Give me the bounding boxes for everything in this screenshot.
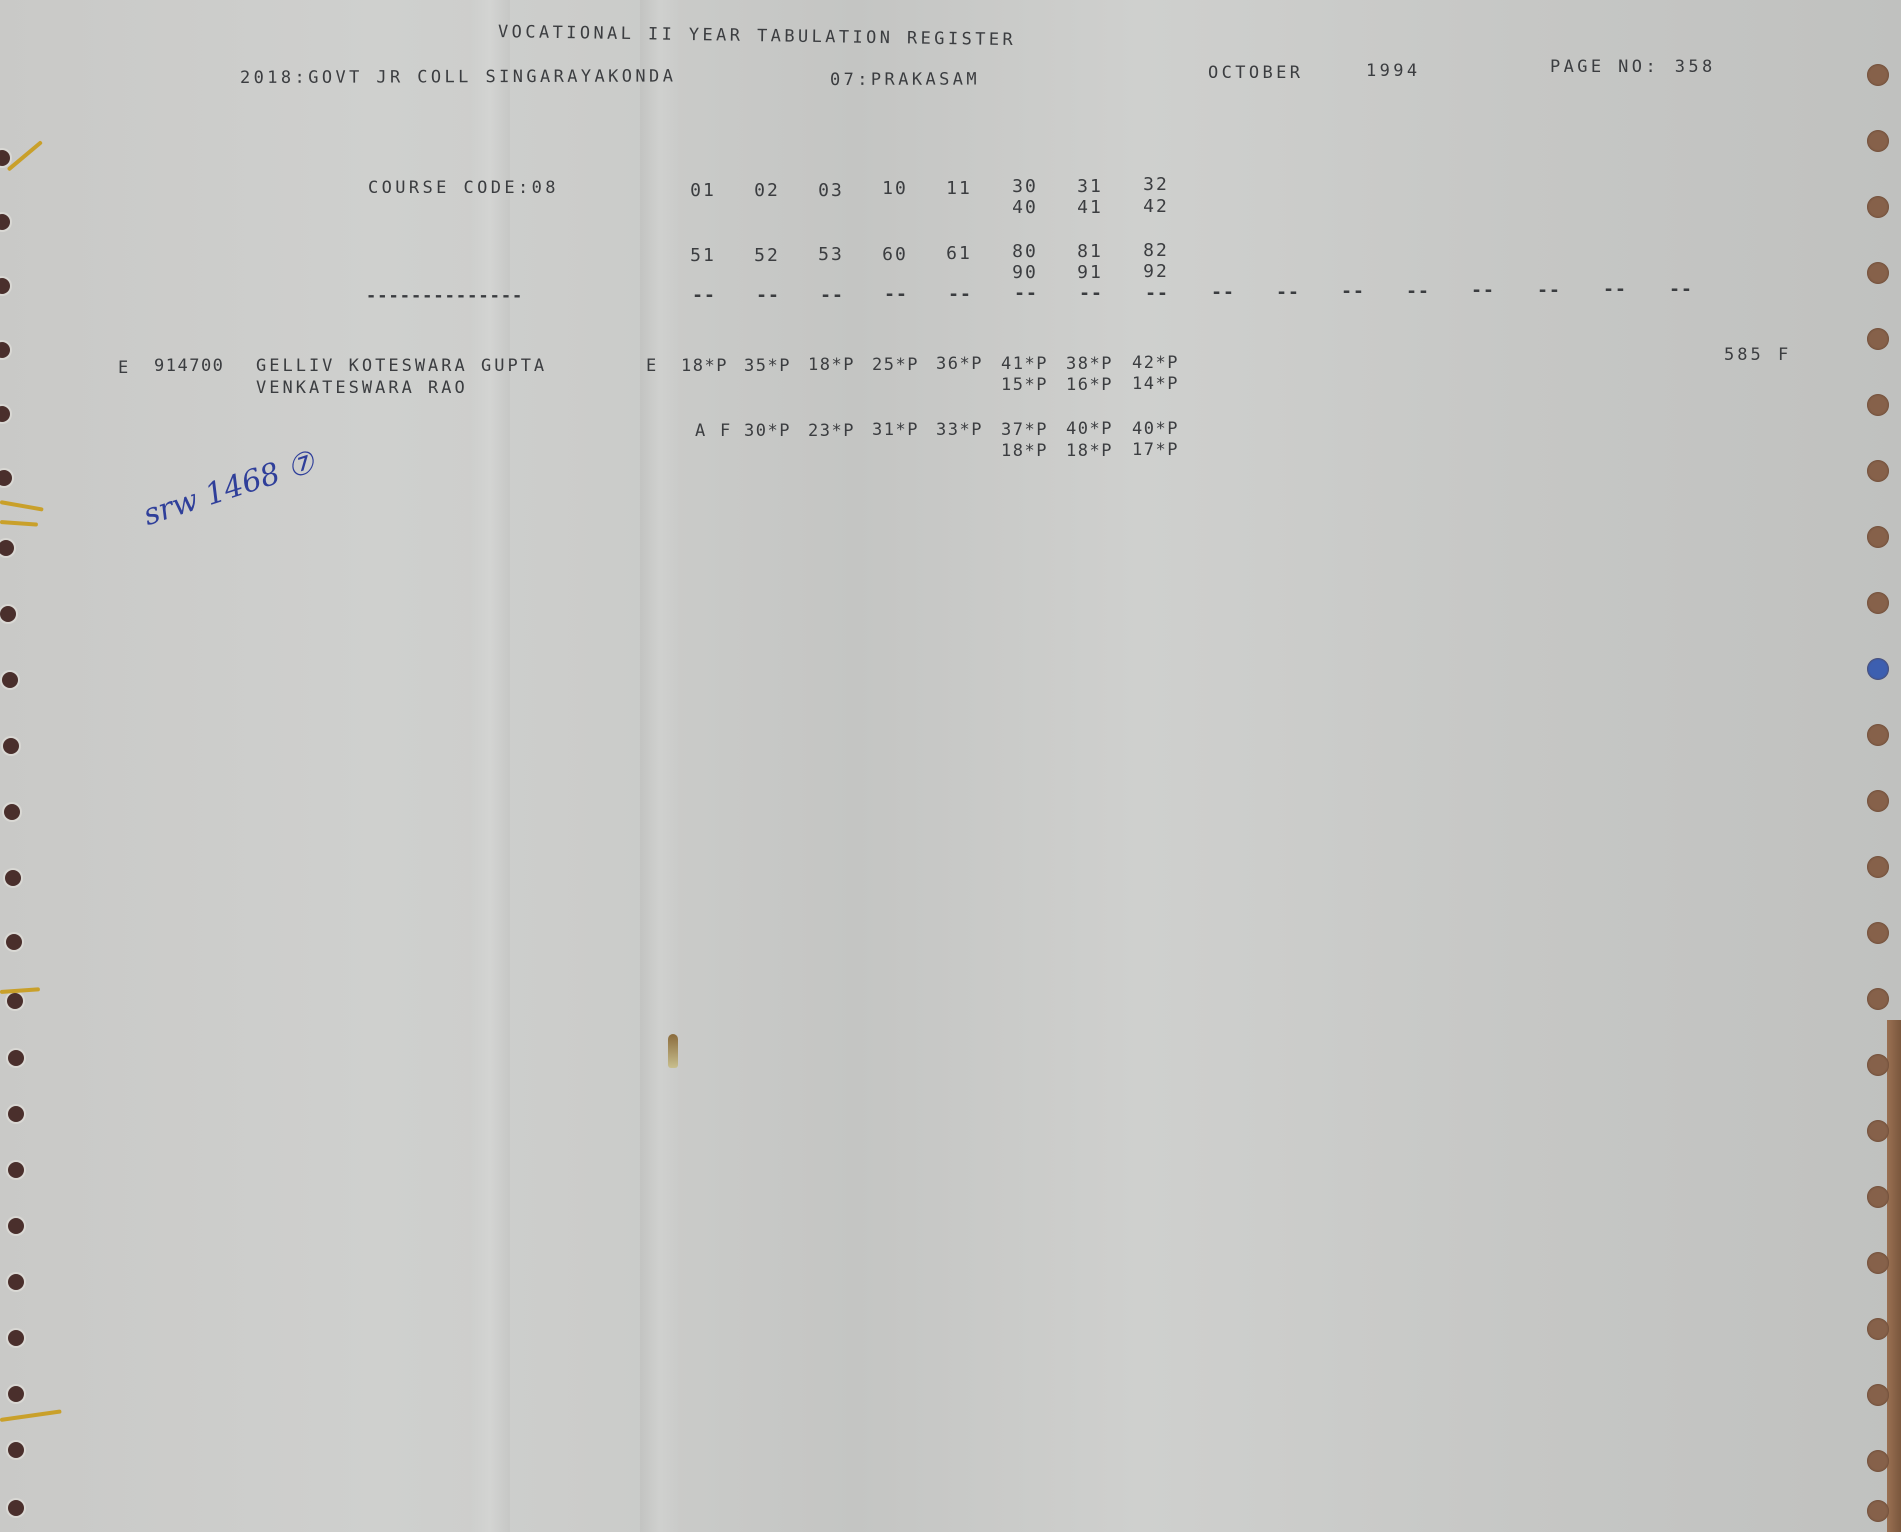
subject-code: 41: [1067, 197, 1113, 218]
mark-cell: 17*P: [1132, 440, 1179, 460]
college-name: 2018:GOVT JR COLL SINGARAYAKONDA: [240, 66, 676, 88]
subject-code: 40: [1002, 197, 1048, 218]
feed-hole-icon: [0, 150, 10, 166]
binding-thread: [0, 500, 44, 512]
binding-thread: [0, 1409, 62, 1422]
paper-fold: [470, 0, 510, 1532]
subject-code: 01: [680, 180, 726, 201]
dash: --: [1071, 283, 1111, 304]
dash: --: [1203, 282, 1243, 303]
feed-hole-icon: [6, 934, 22, 950]
medium-code: E: [118, 358, 130, 378]
feed-hole-icon: [1867, 658, 1889, 680]
feed-hole-icon: [0, 278, 10, 294]
subject-code: 30: [1002, 176, 1048, 197]
feed-hole-icon: [0, 606, 16, 622]
feed-hole-icon: [1867, 592, 1889, 614]
feed-hole-icon: [1867, 526, 1889, 548]
subject-code: 32: [1133, 174, 1179, 195]
result-status: F: [1778, 345, 1790, 365]
feed-hole-icon: [0, 470, 12, 486]
binding-thread: [0, 987, 40, 994]
page-number-block: PAGE NO: 358: [1550, 57, 1716, 77]
feed-hole-icon: [1867, 196, 1889, 218]
dash: --: [1463, 280, 1503, 301]
handwritten-note: srw 1468 ⑦: [139, 445, 319, 533]
subject-code: 92: [1133, 261, 1179, 282]
feed-hole-icon: [1867, 130, 1889, 152]
mark-cell: 14*P: [1132, 374, 1179, 394]
feed-hole-icon: [8, 1386, 24, 1402]
subject-code: 61: [936, 243, 982, 264]
dash: --: [748, 285, 788, 306]
feed-hole-icon: [1867, 1054, 1889, 1076]
subject-code: 10: [872, 178, 918, 199]
dash: --: [1137, 283, 1177, 304]
feed-hole-icon: [8, 1442, 24, 1458]
feed-hole-icon: [8, 1330, 24, 1346]
feed-hole-icon: [7, 993, 23, 1009]
mark-cell: 36*P: [936, 354, 983, 374]
feed-hole-icon: [0, 342, 10, 358]
subject-code: 03: [808, 180, 854, 201]
feed-hole-icon: [3, 738, 19, 754]
feed-hole-icon: [1867, 790, 1889, 812]
total-marks: 585: [1724, 345, 1764, 365]
feed-hole-icon: [1867, 262, 1889, 284]
part1-marker: E: [646, 356, 658, 376]
feed-hole-icon: [1867, 1186, 1889, 1208]
hall-ticket-number: 914700: [154, 356, 224, 376]
feed-hole-icon: [1867, 460, 1889, 482]
dash: --: [1006, 283, 1046, 304]
dash: --: [940, 284, 980, 305]
mark-cell: 18*P: [1066, 441, 1113, 461]
binding-thread: [7, 140, 43, 171]
feed-hole-icon: [8, 1050, 24, 1066]
subject-code: 11: [936, 178, 982, 199]
feed-hole-icon: [1867, 328, 1889, 350]
district-name: 07:PRAKASAM: [830, 69, 980, 90]
feed-hole-icon: [8, 1218, 24, 1234]
mark-cell: 18*P: [808, 355, 855, 375]
paper-stain: [668, 1034, 678, 1068]
exam-month: OCTOBER: [1208, 63, 1303, 83]
subject-code: 81: [1067, 241, 1113, 262]
feed-hole-icon: [1867, 1120, 1889, 1142]
feed-hole-icon: [0, 406, 10, 422]
dash: --: [1398, 281, 1438, 302]
feed-hole-icon: [0, 214, 10, 230]
dash: --: [1529, 280, 1569, 301]
mark-cell: 25*P: [872, 355, 919, 375]
exam-year: 1994: [1366, 61, 1421, 81]
dash: --: [812, 285, 852, 306]
mark-cell: 16*P: [1066, 375, 1113, 395]
student-name-line1: GELLIV KOTESWARA GUPTA: [256, 356, 547, 376]
page-label: PAGE NO:: [1550, 57, 1659, 77]
mark-cell: 38*P: [1066, 354, 1113, 374]
binding-thread: [0, 520, 38, 527]
feed-hole-icon: [1867, 1450, 1889, 1472]
feed-hole-icon: [1867, 922, 1889, 944]
subject-code: 91: [1067, 262, 1113, 283]
feed-hole-icon: [1867, 1384, 1889, 1406]
feed-hole-icon: [8, 1106, 24, 1122]
mark-cell: 42*P: [1132, 353, 1179, 373]
torn-edge: [1887, 1020, 1901, 1532]
course-code: COURSE CODE:08: [368, 178, 559, 198]
subject-code: 60: [872, 244, 918, 265]
feed-hole-icon: [8, 1162, 24, 1178]
dash: --: [1333, 281, 1373, 302]
feed-hole-icon: [1867, 1318, 1889, 1340]
subject-code: 80: [1002, 241, 1048, 262]
mark-cell: 23*P: [808, 421, 855, 441]
paper-fold: [640, 0, 680, 1532]
mark-cell: 33*P: [936, 420, 983, 440]
mark-cell: 18*P: [1001, 441, 1048, 461]
feed-hole-icon: [8, 1500, 24, 1516]
subject-code: 90: [1002, 262, 1048, 283]
feed-hole-icon: [8, 1274, 24, 1290]
subject-code: 42: [1133, 196, 1179, 217]
feed-hole-icon: [0, 540, 14, 556]
feed-hole-icon: [5, 870, 21, 886]
subject-code: 82: [1133, 240, 1179, 261]
dash: --: [876, 284, 916, 305]
dash: --: [1268, 282, 1308, 303]
feed-hole-icon: [1867, 724, 1889, 746]
feed-hole-icon: [1867, 394, 1889, 416]
feed-hole-icon: [1867, 1252, 1889, 1274]
dash: --: [1661, 279, 1701, 300]
subject-code: 52: [744, 245, 790, 266]
student-name-line2: VENKATESWARA RAO: [256, 378, 468, 398]
mark-cell: 40*P: [1066, 419, 1113, 439]
mark-cell: 40*P: [1132, 419, 1179, 439]
part2-marker: A: [695, 421, 707, 441]
mark-cell: 18*P: [681, 356, 728, 376]
register-title: VOCATIONAL II YEAR TABULATION REGISTER: [498, 22, 1016, 50]
subject-code: 02: [744, 180, 790, 201]
mark-cell: 37*P: [1001, 420, 1048, 440]
subject-code: 51: [680, 245, 726, 266]
feed-hole-icon: [1867, 1500, 1889, 1522]
feed-hole-icon: [1867, 988, 1889, 1010]
subject-code: 31: [1067, 176, 1113, 197]
dash: --: [684, 285, 724, 306]
mark-cell: 30*P: [744, 421, 791, 441]
course-underline: --------------: [366, 286, 523, 306]
mark-cell: F: [720, 421, 732, 441]
subject-code: 53: [808, 244, 854, 265]
mark-cell: 35*P: [744, 356, 791, 376]
feed-hole-icon: [1867, 64, 1889, 86]
mark-cell: 15*P: [1001, 375, 1048, 395]
feed-hole-icon: [1867, 856, 1889, 878]
feed-hole-icon: [2, 672, 18, 688]
page-number: 358: [1675, 57, 1716, 77]
feed-hole-icon: [4, 804, 20, 820]
dash: --: [1595, 279, 1635, 300]
mark-cell: 41*P: [1001, 354, 1048, 374]
mark-cell: 31*P: [872, 420, 919, 440]
